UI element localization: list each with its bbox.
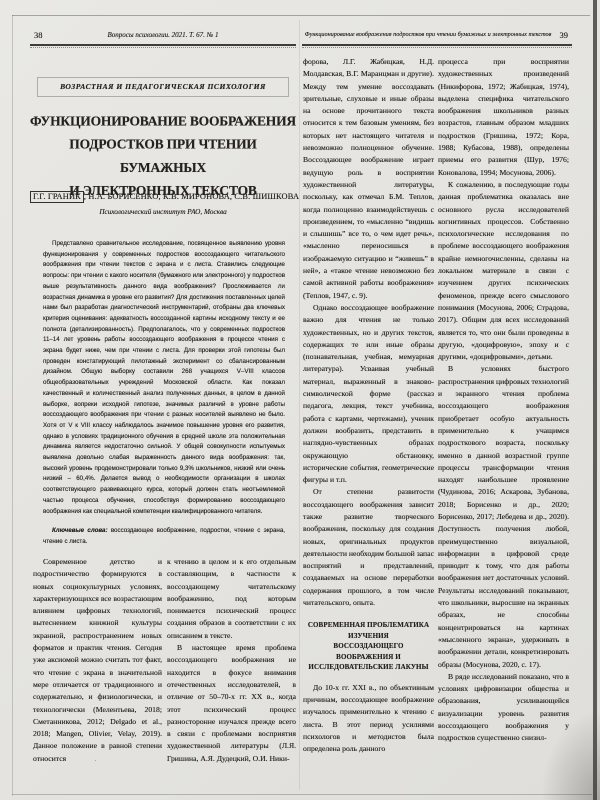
paragraph: Современное детство и подростничество фо… [33, 556, 162, 765]
running-head-left: Вопросы психологии. 2021. Т. 67. № 1 [30, 31, 296, 39]
rubric-heading: ВОЗРАСТНАЯ И ПЕДАГОГИЧЕСКАЯ ПСИХОЛОГИЯ [37, 77, 289, 97]
abstract-text: Представлено сравнительное исследование,… [43, 239, 285, 517]
column-2-page38: к чтению в целом и к его отдельным соста… [167, 556, 296, 765]
scan-edge-right [593, 0, 597, 800]
paragraph: В условиях быстрого распространения цифр… [438, 363, 569, 670]
right-page: 39 Функционирование воображения подростк… [302, 0, 572, 800]
column-2-page39: процесса при восприятии художественных п… [438, 56, 569, 745]
column-1-page38: Современное детство и подростничество фо… [33, 556, 162, 765]
authors-rest: , Н.А. БОРИСЕНКО, К.В. МИРОНОВА, С.В. ШИ… [84, 192, 299, 201]
keywords-label: Ключевые слова: [52, 527, 108, 534]
paragraph: к чтению в целом и к его отдельным соста… [167, 556, 296, 642]
keywords-line: Ключевые слова: воссоздающее воображение… [43, 526, 285, 547]
paragraph: В ряде исследований показано, что в усло… [438, 671, 569, 745]
header-rule-right [302, 44, 572, 48]
paragraph: Однако воссоздающее воображение важно дл… [303, 302, 434, 486]
page-gutter-line [299, 20, 300, 790]
column-1-page39: форова, Л.Г. Жабицкая, Н.Д. Молдавская, … [303, 56, 434, 756]
paragraph: От степени развитости воссоздающего вооб… [303, 486, 434, 609]
scanned-journal-spread: 38 Вопросы психологии. 2021. Т. 67. № 1 … [0, 0, 600, 800]
paragraph: В настоящее время проблема воссоздающего… [167, 642, 296, 765]
left-page: 38 Вопросы психологии. 2021. Т. 67. № 1 … [30, 0, 296, 800]
abstract-block: Представлено сравнительное исследование,… [43, 239, 285, 548]
col1-after-heading: До 10-х гг. XXI в., по объективным причи… [303, 682, 434, 756]
running-head-right: Функционирование воображения подростков … [302, 31, 572, 38]
article-title: ФУНКЦИОНИРОВАНИЕ ВООБРАЖЕНИЯ ПОДРОСТКОВ … [30, 110, 296, 202]
authors-line: Г.Г. ГРАНИК, Н.А. БОРИСЕНКО, К.В. МИРОНО… [30, 192, 296, 201]
paragraph: До 10-х гг. XXI в., по объективным причи… [303, 682, 434, 756]
col1-before-heading: форова, Л.Г. Жабицкая, Н.Д. Молдавская, … [303, 56, 434, 609]
body-columns-left-page: Современное детство и подростничество фо… [30, 556, 296, 776]
paragraph: процесса при восприятии художественных п… [438, 56, 569, 179]
affiliation: Психологический институт РАО, Москва [30, 208, 296, 216]
author-boxed-granik: Г.Г. ГРАНИК [30, 191, 84, 203]
scan-speck [95, 760, 96, 761]
header-rule-left [30, 44, 296, 48]
paragraph: форова, Л.Г. Жабицкая, Н.Д. Молдавская, … [303, 56, 434, 302]
paragraph: К сожалению, в последующие годы данная п… [438, 179, 569, 363]
scan-edge-left [12, 15, 13, 796]
scan-speck [424, 188, 426, 190]
section-heading: СОВРЕМЕННАЯ ПРОБЛЕМАТИКА ИЗУЧЕНИЯ ВОССОЗ… [306, 620, 431, 673]
body-columns-right-page: форова, Л.Г. Жабицкая, Н.Д. Молдавская, … [302, 56, 572, 792]
